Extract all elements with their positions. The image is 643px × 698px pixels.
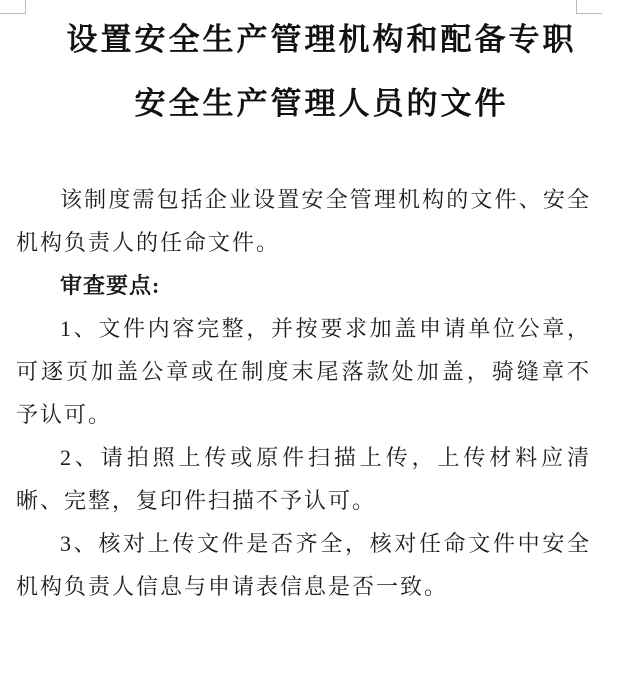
document-title-line-2: 安全生产管理人员的文件 xyxy=(0,72,643,136)
review-point-2: 2、请拍照上传或原件扫描上传，上传材料应清晰、完整，复印件扫描不予认可。 xyxy=(16,436,591,522)
paragraph-intro: 该制度需包括企业设置安全管理机构的文件、安全机构负责人的任命文件。 xyxy=(16,178,591,264)
review-point-3: 3、核对上传文件是否齐全，核对任命文件中安全机构负责人信息与申请表信息是否一致。 xyxy=(16,522,591,608)
page-corner-mark-top-left xyxy=(0,0,26,14)
document-page: 设置安全生产管理机构和配备专职 安全生产管理人员的文件 该制度需包括企业设置安全… xyxy=(0,0,643,698)
review-point-1: 1、文件内容完整，并按要求加盖申请单位公章，可逐页加盖公章或在制度末尾落款处加盖… xyxy=(16,307,591,436)
heading-review-points: 审查要点: xyxy=(16,264,591,307)
page-corner-mark-top-right xyxy=(576,0,602,14)
document-body: 该制度需包括企业设置安全管理机构的文件、安全机构负责人的任命文件。 审查要点: … xyxy=(0,178,643,608)
document-title-line-1: 设置安全生产管理机构和配备专职 xyxy=(0,8,643,72)
document-title: 设置安全生产管理机构和配备专职 安全生产管理人员的文件 xyxy=(0,8,643,136)
